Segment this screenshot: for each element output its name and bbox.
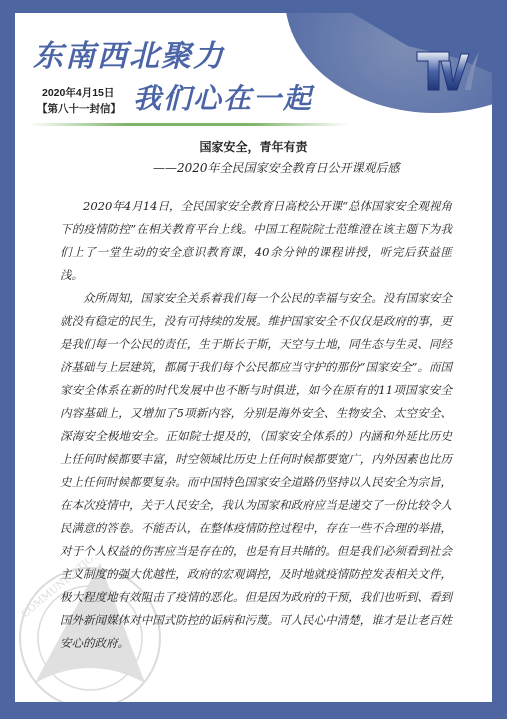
header-divider [29, 123, 349, 126]
letter-date: 2020年4月15日 [42, 85, 114, 100]
article-title: 国家安全，青年有责 [15, 138, 492, 155]
letter-number: 【第八十一封信】 [37, 101, 121, 116]
slogan-line-2: 我们心在一起 [133, 77, 313, 117]
letter-page: 东南西北聚力 2020年4月15日 【第八十一封信】 我们心在一起 国家安全，青… [15, 13, 492, 702]
paragraph-2: 众所周知，国家安全关系着我们每一个公民的幸福与安全。没有国家安全就没有稳定的民生… [60, 287, 452, 655]
tv-logo-icon [415, 48, 480, 93]
article-body: 2020年4月14日，全民国家安全教育日高校公开课“总体国家安全观视角下的疫情防… [60, 195, 452, 655]
article-subtitle: ——2020年全民国家安全教育日公开课观后感 [153, 159, 400, 176]
slogan-line-1: 东南西北聚力 [33, 31, 225, 75]
paragraph-1: 2020年4月14日，全民国家安全教育日高校公开课“总体国家安全观视角下的疫情防… [60, 195, 452, 287]
